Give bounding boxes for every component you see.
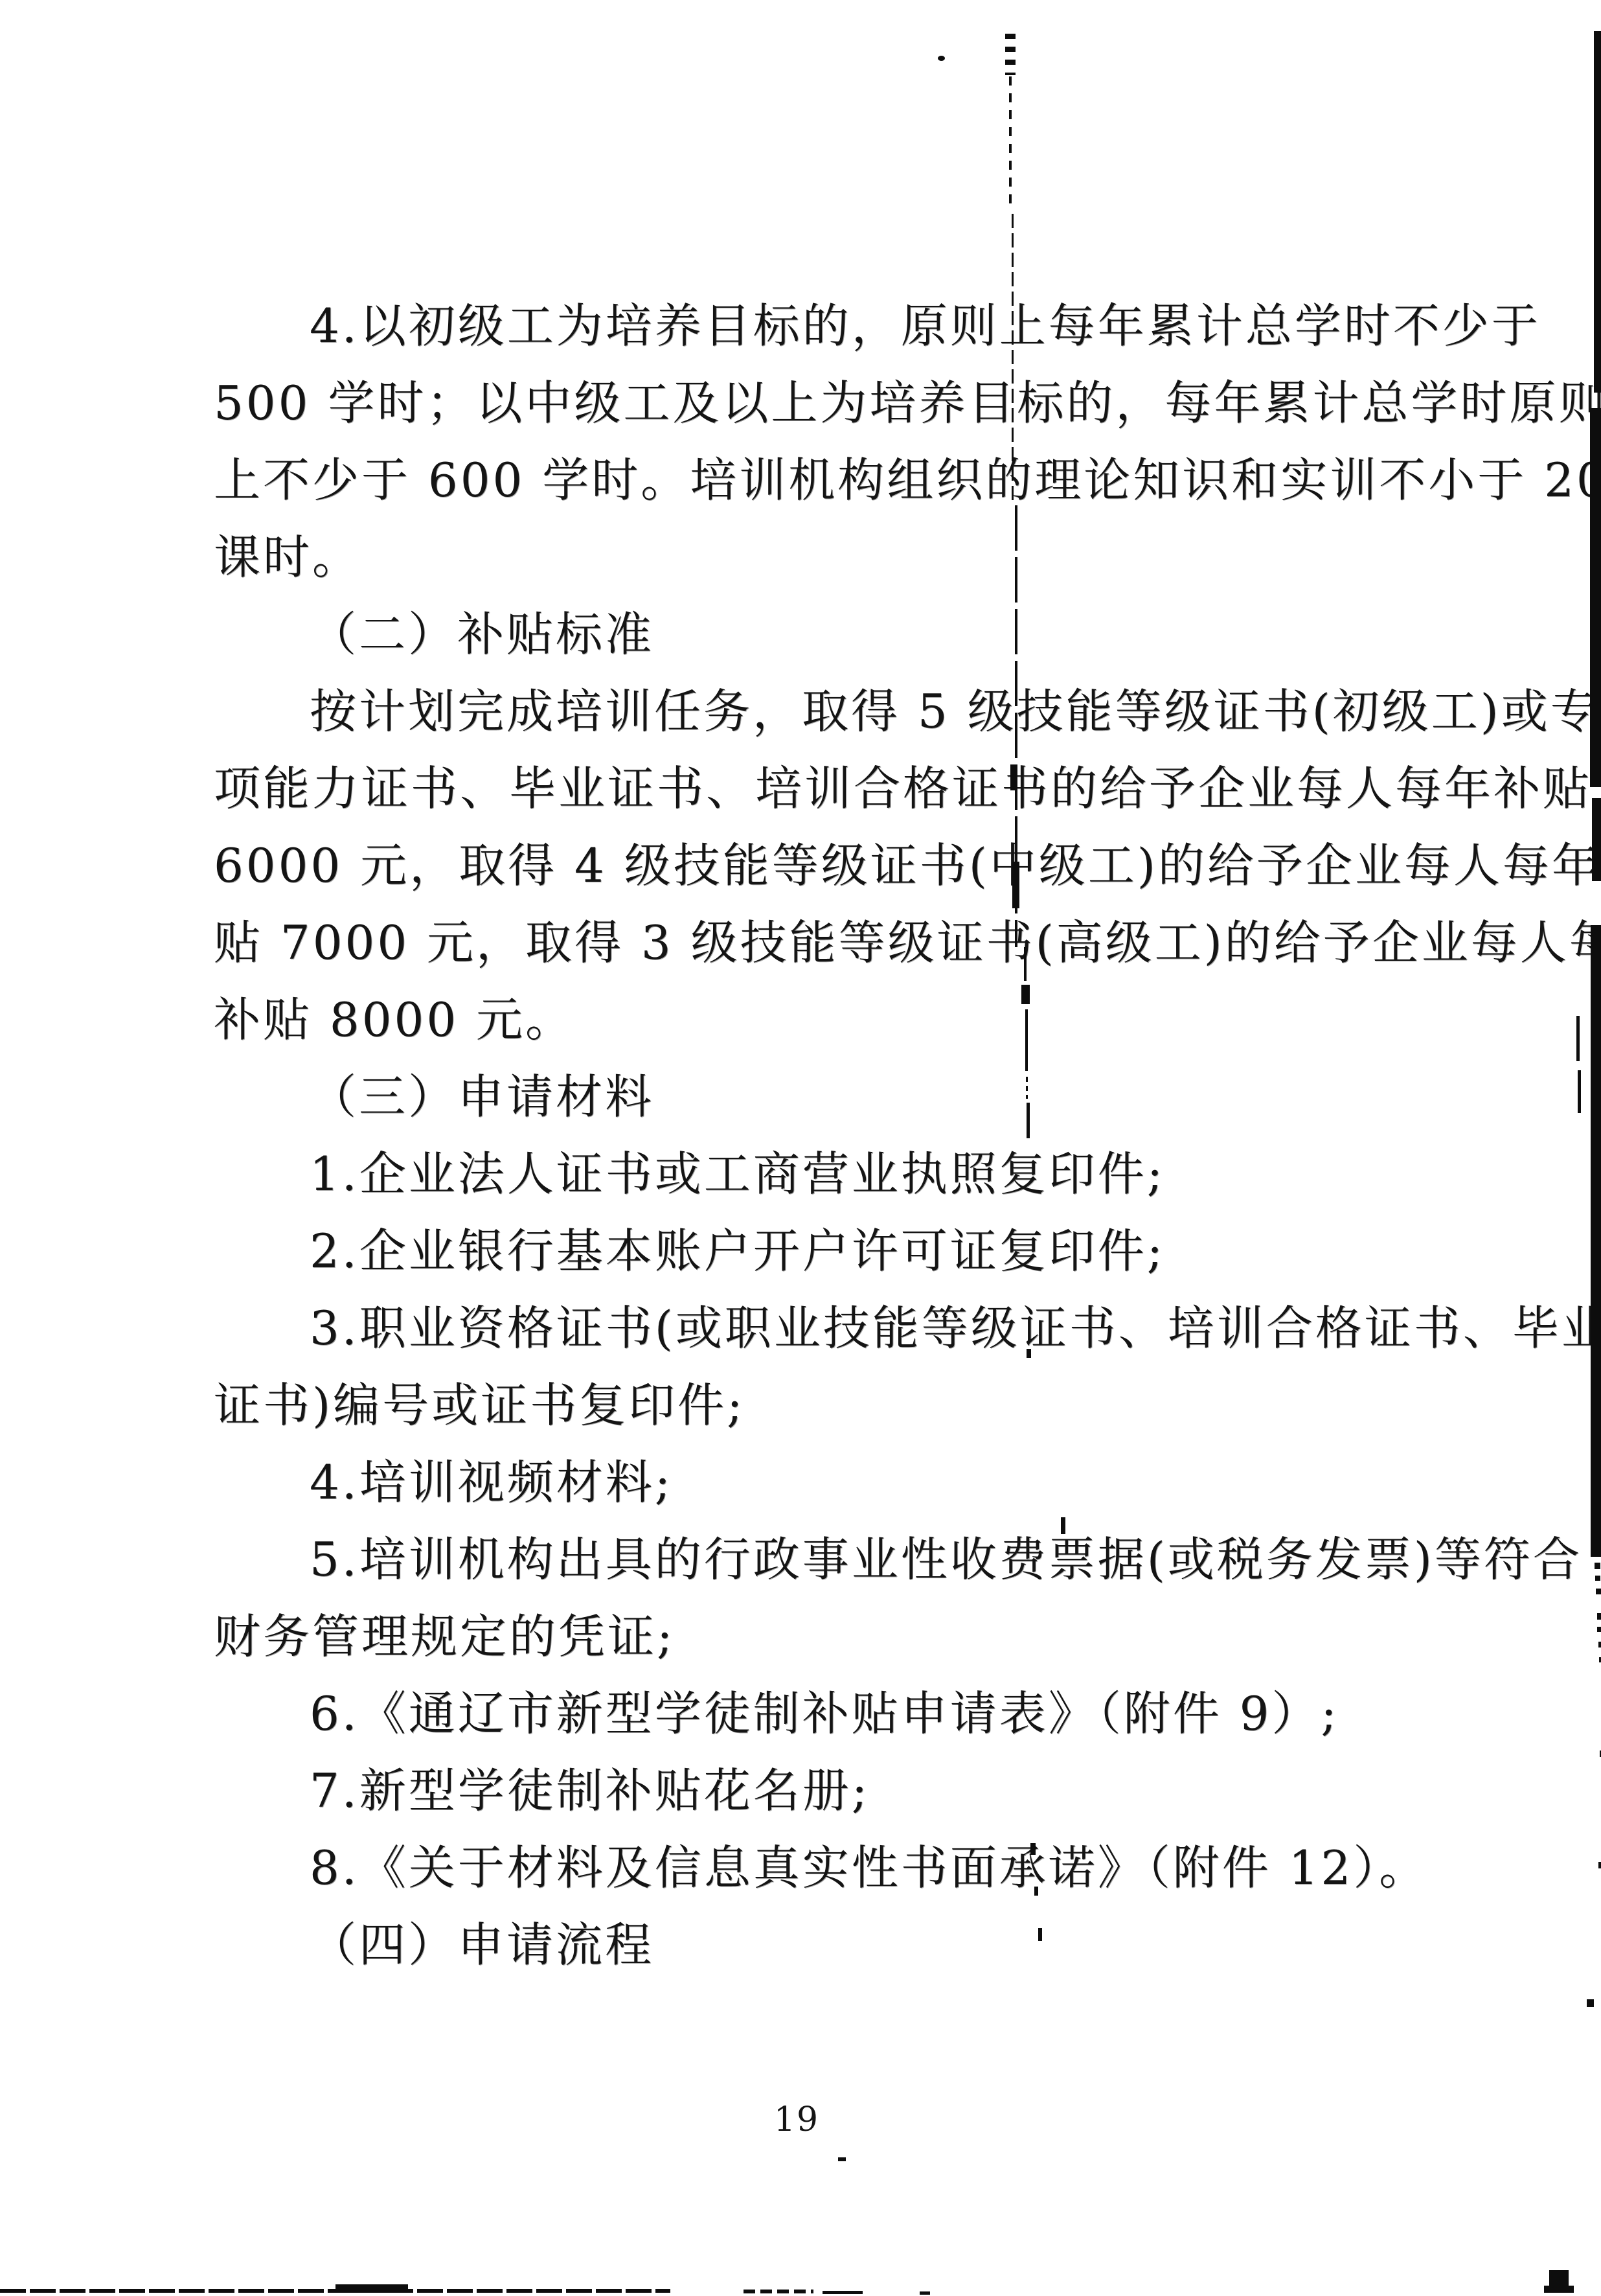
scan-bottom-edge	[920, 2291, 930, 2295]
scan-bottom-edge	[823, 2291, 863, 2294]
scan-binding-tick	[1597, 1613, 1601, 1620]
scan-bottom-edge	[335, 2284, 408, 2293]
text-line: 上不少于 600 学时。培训机构组织的理论知识和实训不小于 200	[214, 442, 1483, 519]
scan-speck	[1038, 1928, 1042, 1941]
list-item: 4.培训视频材料;	[214, 1444, 1483, 1521]
scan-speck	[1061, 1517, 1065, 1534]
scan-binding-tick	[1578, 1070, 1581, 1113]
section-heading: （四）申请流程	[214, 1907, 1483, 1984]
scan-fold-line	[1025, 1009, 1028, 1071]
scan-speck	[938, 56, 945, 61]
section-heading: （三）申请材料	[214, 1059, 1483, 1136]
text-line: 6000 元，取得 4 级技能等级证书(中级工)的给予企业每人每年补	[214, 827, 1483, 904]
scan-binding-tick	[1596, 1589, 1601, 1594]
scan-binding-tick	[1598, 1862, 1601, 1868]
scan-binding-tick	[1598, 1642, 1601, 1647]
list-item: 1.企业法人证书或工商营业执照复印件;	[214, 1136, 1483, 1213]
scan-corner-blob	[1544, 2286, 1574, 2293]
text-line: 财务管理规定的凭证;	[214, 1598, 1483, 1675]
text-line: 证书)编号或证书复印件;	[214, 1367, 1483, 1444]
scan-speck	[1030, 1843, 1036, 1855]
text-line: 补贴 8000 元。	[214, 982, 1483, 1059]
scan-binding-tick	[1576, 1016, 1580, 1061]
text-line: 课时。	[214, 519, 1483, 596]
text-line: 4.以初级工为培养目标的，原则上每年累计总学时不少于	[214, 288, 1483, 365]
scan-binding-tick	[1587, 1999, 1594, 2007]
scan-binding-tick	[1595, 1576, 1600, 1581]
scan-fold-line	[1009, 76, 1012, 206]
text-line: 项能力证书、毕业证书、培训合格证书的给予企业每人每年补贴	[214, 750, 1483, 827]
text-line: 贴 7000 元，取得 3 级技能等级证书(高级工)的给予企业每人每年	[214, 904, 1483, 982]
list-item: 5.培训机构出具的行政事业性收费票据(或税务发票)等符合	[214, 1521, 1483, 1598]
scan-binding-tick	[1597, 1627, 1601, 1632]
list-item: 2.企业银行基本账户开户许可证复印件;	[214, 1213, 1483, 1290]
scan-binding-band	[1592, 798, 1601, 881]
list-item: 8.《关于材料及信息真实性书面承诺》（附件 12）。	[214, 1830, 1483, 1907]
scan-fold-line	[1026, 1077, 1028, 1099]
text-line: 按计划完成培训任务，取得 5 级技能等级证书(初级工)或专	[214, 673, 1483, 750]
scan-fold-blob	[1021, 985, 1030, 1004]
section-heading: （二）补贴标准	[214, 596, 1483, 673]
scan-speck	[1027, 1349, 1031, 1358]
page-number: 19	[758, 2100, 835, 2139]
scan-bottom-edge	[744, 2290, 813, 2293]
scan-fold-line	[1012, 214, 1014, 505]
scan-fold-blob	[1012, 862, 1019, 908]
scan-binding-tick	[1595, 1563, 1600, 1569]
scan-speck	[1034, 1887, 1038, 1896]
scan-binding-band	[1594, 31, 1601, 393]
list-item: 6.《通辽市新型学徒制补贴申请表》（附件 9）;	[214, 1675, 1483, 1752]
scan-fold-line	[1024, 947, 1027, 981]
list-item: 7.新型学徒制补贴花名册;	[214, 1752, 1483, 1830]
text-line: 500 学时；以中级工及以上为培养目标的，每年累计总学时原则	[214, 365, 1483, 442]
scan-speck	[838, 2157, 846, 2161]
scan-fold-blob	[1010, 764, 1016, 790]
scan-binding-band	[1591, 925, 1601, 1557]
scan-fold-line	[1027, 1103, 1030, 1138]
scan-fold-line	[1005, 34, 1016, 75]
document-text-block: 4.以初级工为培养目标的，原则上每年累计总学时不少于 500 学时；以中级工及以…	[214, 288, 1483, 1984]
scan-binding-band	[1590, 408, 1601, 787]
list-item: 3.职业资格证书(或职业技能等级证书、培训合格证书、毕业	[214, 1290, 1483, 1367]
